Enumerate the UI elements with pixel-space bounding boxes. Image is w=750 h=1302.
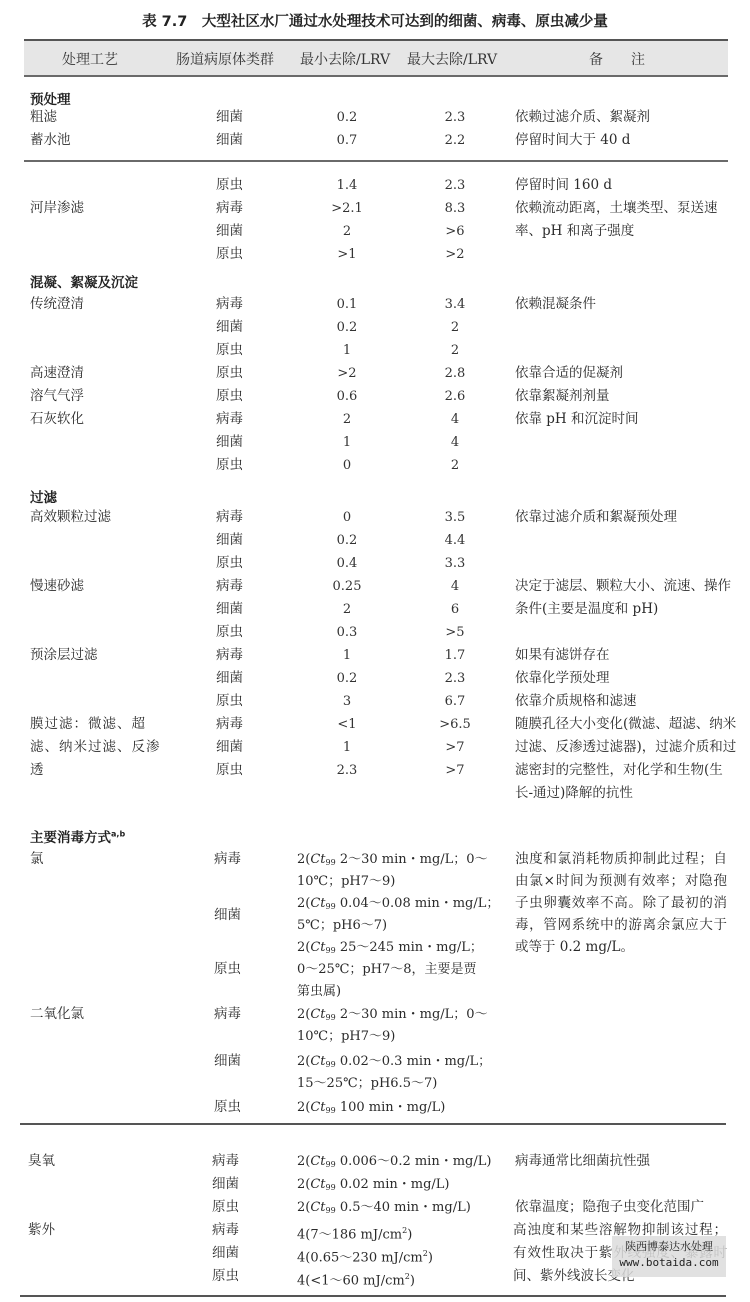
pathogen-virus: 病毒 <box>212 1150 239 1173</box>
pathogen-group: 原虫 <box>216 454 243 477</box>
min-lrv: 2 <box>307 220 387 243</box>
max-lrv: 2.3 <box>415 106 495 129</box>
dose-value: 2(Ct99 100 min・mg/L) <box>297 1096 445 1122</box>
min-lrv: 1 <box>307 736 387 759</box>
min-lrv: 2 <box>307 408 387 431</box>
note-text: 依靠 pH 和沉淀时间 <box>515 408 737 431</box>
min-lrv: 0.2 <box>307 667 387 690</box>
table-title: 表 7.7 大型社区水厂通过水处理技术可达到的细菌、病毒、原虫减少量 <box>0 10 750 31</box>
max-lrv: 4 <box>415 575 495 598</box>
pathogen-group: 细菌 <box>216 736 243 759</box>
pathogen-bacteria: 细菌 <box>214 1050 241 1073</box>
note-ozone-virus: 病毒通常比细菌抗性强 <box>515 1150 650 1173</box>
process-name: 膜过滤：微滤、超滤、纳米过滤、反渗透 <box>30 713 164 782</box>
pathogen-group: 原虫 <box>216 552 243 575</box>
pathogen-group: 细菌 <box>216 529 243 552</box>
min-lrv: 0 <box>307 454 387 477</box>
section-filtration: 过滤 <box>30 486 57 506</box>
max-lrv: >5 <box>415 621 495 644</box>
pathogen-group: 病毒 <box>216 197 243 220</box>
process-name: 高效颗粒过滤 <box>30 506 111 529</box>
max-lrv: 6 <box>415 598 495 621</box>
max-lrv: 2.2 <box>415 129 495 152</box>
pathogen-group: 原虫 <box>216 339 243 362</box>
min-lrv: 0.2 <box>307 529 387 552</box>
process-name: 河岸渗滤 <box>30 197 84 220</box>
pathogen-protozoa: 原虫 <box>214 958 241 981</box>
pathogen-group: 细菌 <box>216 316 243 339</box>
pathogen-group: 病毒 <box>216 506 243 529</box>
pathogen-group: 原虫 <box>216 621 243 644</box>
table-bottom-rule <box>20 1295 726 1297</box>
max-lrv: 2 <box>415 454 495 477</box>
max-lrv: 2.3 <box>415 174 495 197</box>
pathogen-group: 病毒 <box>216 713 243 736</box>
min-lrv: 1 <box>307 431 387 454</box>
section-disinfection-label: 主要消毒方式 <box>30 830 111 846</box>
pathogen-group: 病毒 <box>216 408 243 431</box>
max-lrv: >6 <box>415 220 495 243</box>
pathogen-virus: 病毒 <box>212 1219 239 1242</box>
min-lrv: 0.1 <box>307 293 387 316</box>
note-text: 决定于滤层、颗粒大小、流速、操作条件(主要是温度和 pH) <box>515 575 735 621</box>
footnote-marker: a,b <box>111 830 125 839</box>
pathogen-virus: 病毒 <box>214 848 241 871</box>
note-text: 随膜孔径大小变化(微滤、超滤、纳米过滤、反渗透过滤器)，过滤介质和过滤密封的完整… <box>515 713 737 805</box>
watermark-line1: 陕西博泰达水处理 <box>612 1239 726 1255</box>
min-lrv: 2.3 <box>307 759 387 782</box>
process-chlorine-dioxide: 二氧化氯 <box>30 1003 84 1026</box>
max-lrv: 2.8 <box>415 362 495 385</box>
header-pathogen: 肠道病原体类群 <box>176 49 274 69</box>
process-name: 粗滤 <box>30 106 57 129</box>
max-lrv: 4.4 <box>415 529 495 552</box>
min-lrv: 0.2 <box>307 316 387 339</box>
pathogen-bacteria: 细菌 <box>212 1242 239 1265</box>
min-lrv: 1.4 <box>307 174 387 197</box>
dose-value-cont: 10℃；pH7～9) <box>297 1025 395 1048</box>
process-name: 蓄水池 <box>30 129 71 152</box>
process-name: 溶气气浮 <box>30 385 84 408</box>
pathogen-group: 原虫 <box>216 759 243 782</box>
process-uv: 紫外 <box>28 1219 55 1242</box>
process-name: 传统澄清 <box>30 293 84 316</box>
note-text: 依靠絮凝剂剂量 <box>515 385 737 408</box>
pathogen-group: 原虫 <box>216 174 243 197</box>
pathogen-group: 细菌 <box>216 667 243 690</box>
max-lrv: >6.5 <box>415 713 495 736</box>
pathogen-group: 原虫 <box>216 690 243 713</box>
section-coagulation: 混凝、絮凝及沉淀 <box>30 271 138 291</box>
divider-2 <box>20 1123 726 1125</box>
min-lrv: 0.4 <box>307 552 387 575</box>
min-lrv: 0.6 <box>307 385 387 408</box>
header-bottom-rule <box>24 75 728 77</box>
section-disinfection: 主要消毒方式a,b <box>30 826 125 846</box>
pathogen-bacteria: 细菌 <box>214 904 241 927</box>
pathogen-group: 细菌 <box>216 129 243 152</box>
note-text: 依靠过滤介质和絮凝预处理 <box>515 506 737 529</box>
dose-value: 4(<1～60 mJ/cm2) <box>297 1265 415 1292</box>
note-text: 依赖混凝条件 <box>515 293 737 316</box>
note-chlorine: 浊度和氯消耗物质抑制此过程；自由氯×时间为预测有效率；对隐孢子虫卵囊效率不高。除… <box>515 848 727 958</box>
min-lrv: 1 <box>307 644 387 667</box>
note-text: 依赖流动距离，土壤类型、泵送速率、pH 和离子强度 <box>515 197 735 243</box>
max-lrv: >7 <box>415 759 495 782</box>
max-lrv: 2.3 <box>415 667 495 690</box>
max-lrv: 2.6 <box>415 385 495 408</box>
pathogen-bacteria: 细菌 <box>212 1173 239 1196</box>
watermark-line2: www.botaida.com <box>612 1255 726 1271</box>
pathogen-protozoa: 原虫 <box>214 1096 241 1119</box>
max-lrv: 3.3 <box>415 552 495 575</box>
min-lrv: 3 <box>307 690 387 713</box>
process-name: 石灰软化 <box>30 408 84 431</box>
note-text: 停留时间 160 d <box>515 174 737 197</box>
process-chlorine: 氯 <box>30 848 44 871</box>
note-text: 停留时间大于 40 d <box>515 129 737 152</box>
pathogen-group: 病毒 <box>216 644 243 667</box>
header-process: 处理工艺 <box>62 49 118 69</box>
header-min-lrv: 最小去除/LRV <box>300 49 390 69</box>
min-lrv: >2 <box>307 362 387 385</box>
note-text: 如果有滤饼存在 <box>515 644 737 667</box>
pathogen-protozoa: 原虫 <box>212 1265 239 1288</box>
min-lrv: 0.2 <box>307 106 387 129</box>
watermark: 陕西博泰达水处理www.botaida.com <box>612 1236 726 1277</box>
process-name: 预涂层过滤 <box>30 644 98 667</box>
min-lrv: 2 <box>307 598 387 621</box>
min-lrv: <1 <box>307 713 387 736</box>
divider-1 <box>24 160 728 162</box>
max-lrv: 8.3 <box>415 197 495 220</box>
header-max-lrv: 最大去除/LRV <box>407 49 497 69</box>
min-lrv: 0.7 <box>307 129 387 152</box>
min-lrv: >2.1 <box>307 197 387 220</box>
pathogen-group: 细菌 <box>216 106 243 129</box>
note-text: 依赖过滤介质、絮凝剂 <box>515 106 737 129</box>
process-ozone: 臭氧 <box>28 1150 55 1173</box>
dose-value-cont: 第虫属) <box>297 980 341 1003</box>
note-ozone-protozoa: 依靠温度；隐孢子虫变化范围广 <box>515 1196 704 1219</box>
dose-value-cont: 5℃；pH6～7) <box>297 914 387 937</box>
pathogen-group: 原虫 <box>216 385 243 408</box>
pathogen-group: 病毒 <box>216 575 243 598</box>
min-lrv: 0.25 <box>307 575 387 598</box>
dose-value-cont: 15～25℃；pH6.5～7) <box>297 1072 437 1095</box>
min-lrv: 0 <box>307 506 387 529</box>
min-lrv: 1 <box>307 339 387 362</box>
header-notes: 备 注 <box>589 49 645 69</box>
pathogen-group: 病毒 <box>216 293 243 316</box>
max-lrv: 2 <box>415 316 495 339</box>
dose-value-cont: 10℃；pH7～9) <box>297 870 395 893</box>
note-text: 依靠介质规格和滤速 <box>515 690 737 713</box>
pathogen-group: 原虫 <box>216 362 243 385</box>
pathogen-group: 细菌 <box>216 431 243 454</box>
max-lrv: 3.5 <box>415 506 495 529</box>
pathogen-protozoa: 原虫 <box>212 1196 239 1219</box>
min-lrv: >1 <box>307 243 387 266</box>
min-lrv: 0.3 <box>307 621 387 644</box>
pathogen-group: 原虫 <box>216 243 243 266</box>
max-lrv: 3.4 <box>415 293 495 316</box>
max-lrv: 1.7 <box>415 644 495 667</box>
max-lrv: >2 <box>415 243 495 266</box>
note-text: 依靠合适的促凝剂 <box>515 362 737 385</box>
pathogen-virus: 病毒 <box>214 1003 241 1026</box>
dose-value-cont: 0～25℃；pH7～8，主要是贾 <box>297 958 477 981</box>
max-lrv: 6.7 <box>415 690 495 713</box>
section-pretreatment: 预处理 <box>30 88 71 108</box>
max-lrv: 2 <box>415 339 495 362</box>
max-lrv: >7 <box>415 736 495 759</box>
process-name: 慢速砂滤 <box>30 575 84 598</box>
note-text: 依靠化学预处理 <box>515 667 737 690</box>
process-name: 高速澄清 <box>30 362 84 385</box>
pathogen-group: 细菌 <box>216 598 243 621</box>
pathogen-group: 细菌 <box>216 220 243 243</box>
max-lrv: 4 <box>415 408 495 431</box>
max-lrv: 4 <box>415 431 495 454</box>
